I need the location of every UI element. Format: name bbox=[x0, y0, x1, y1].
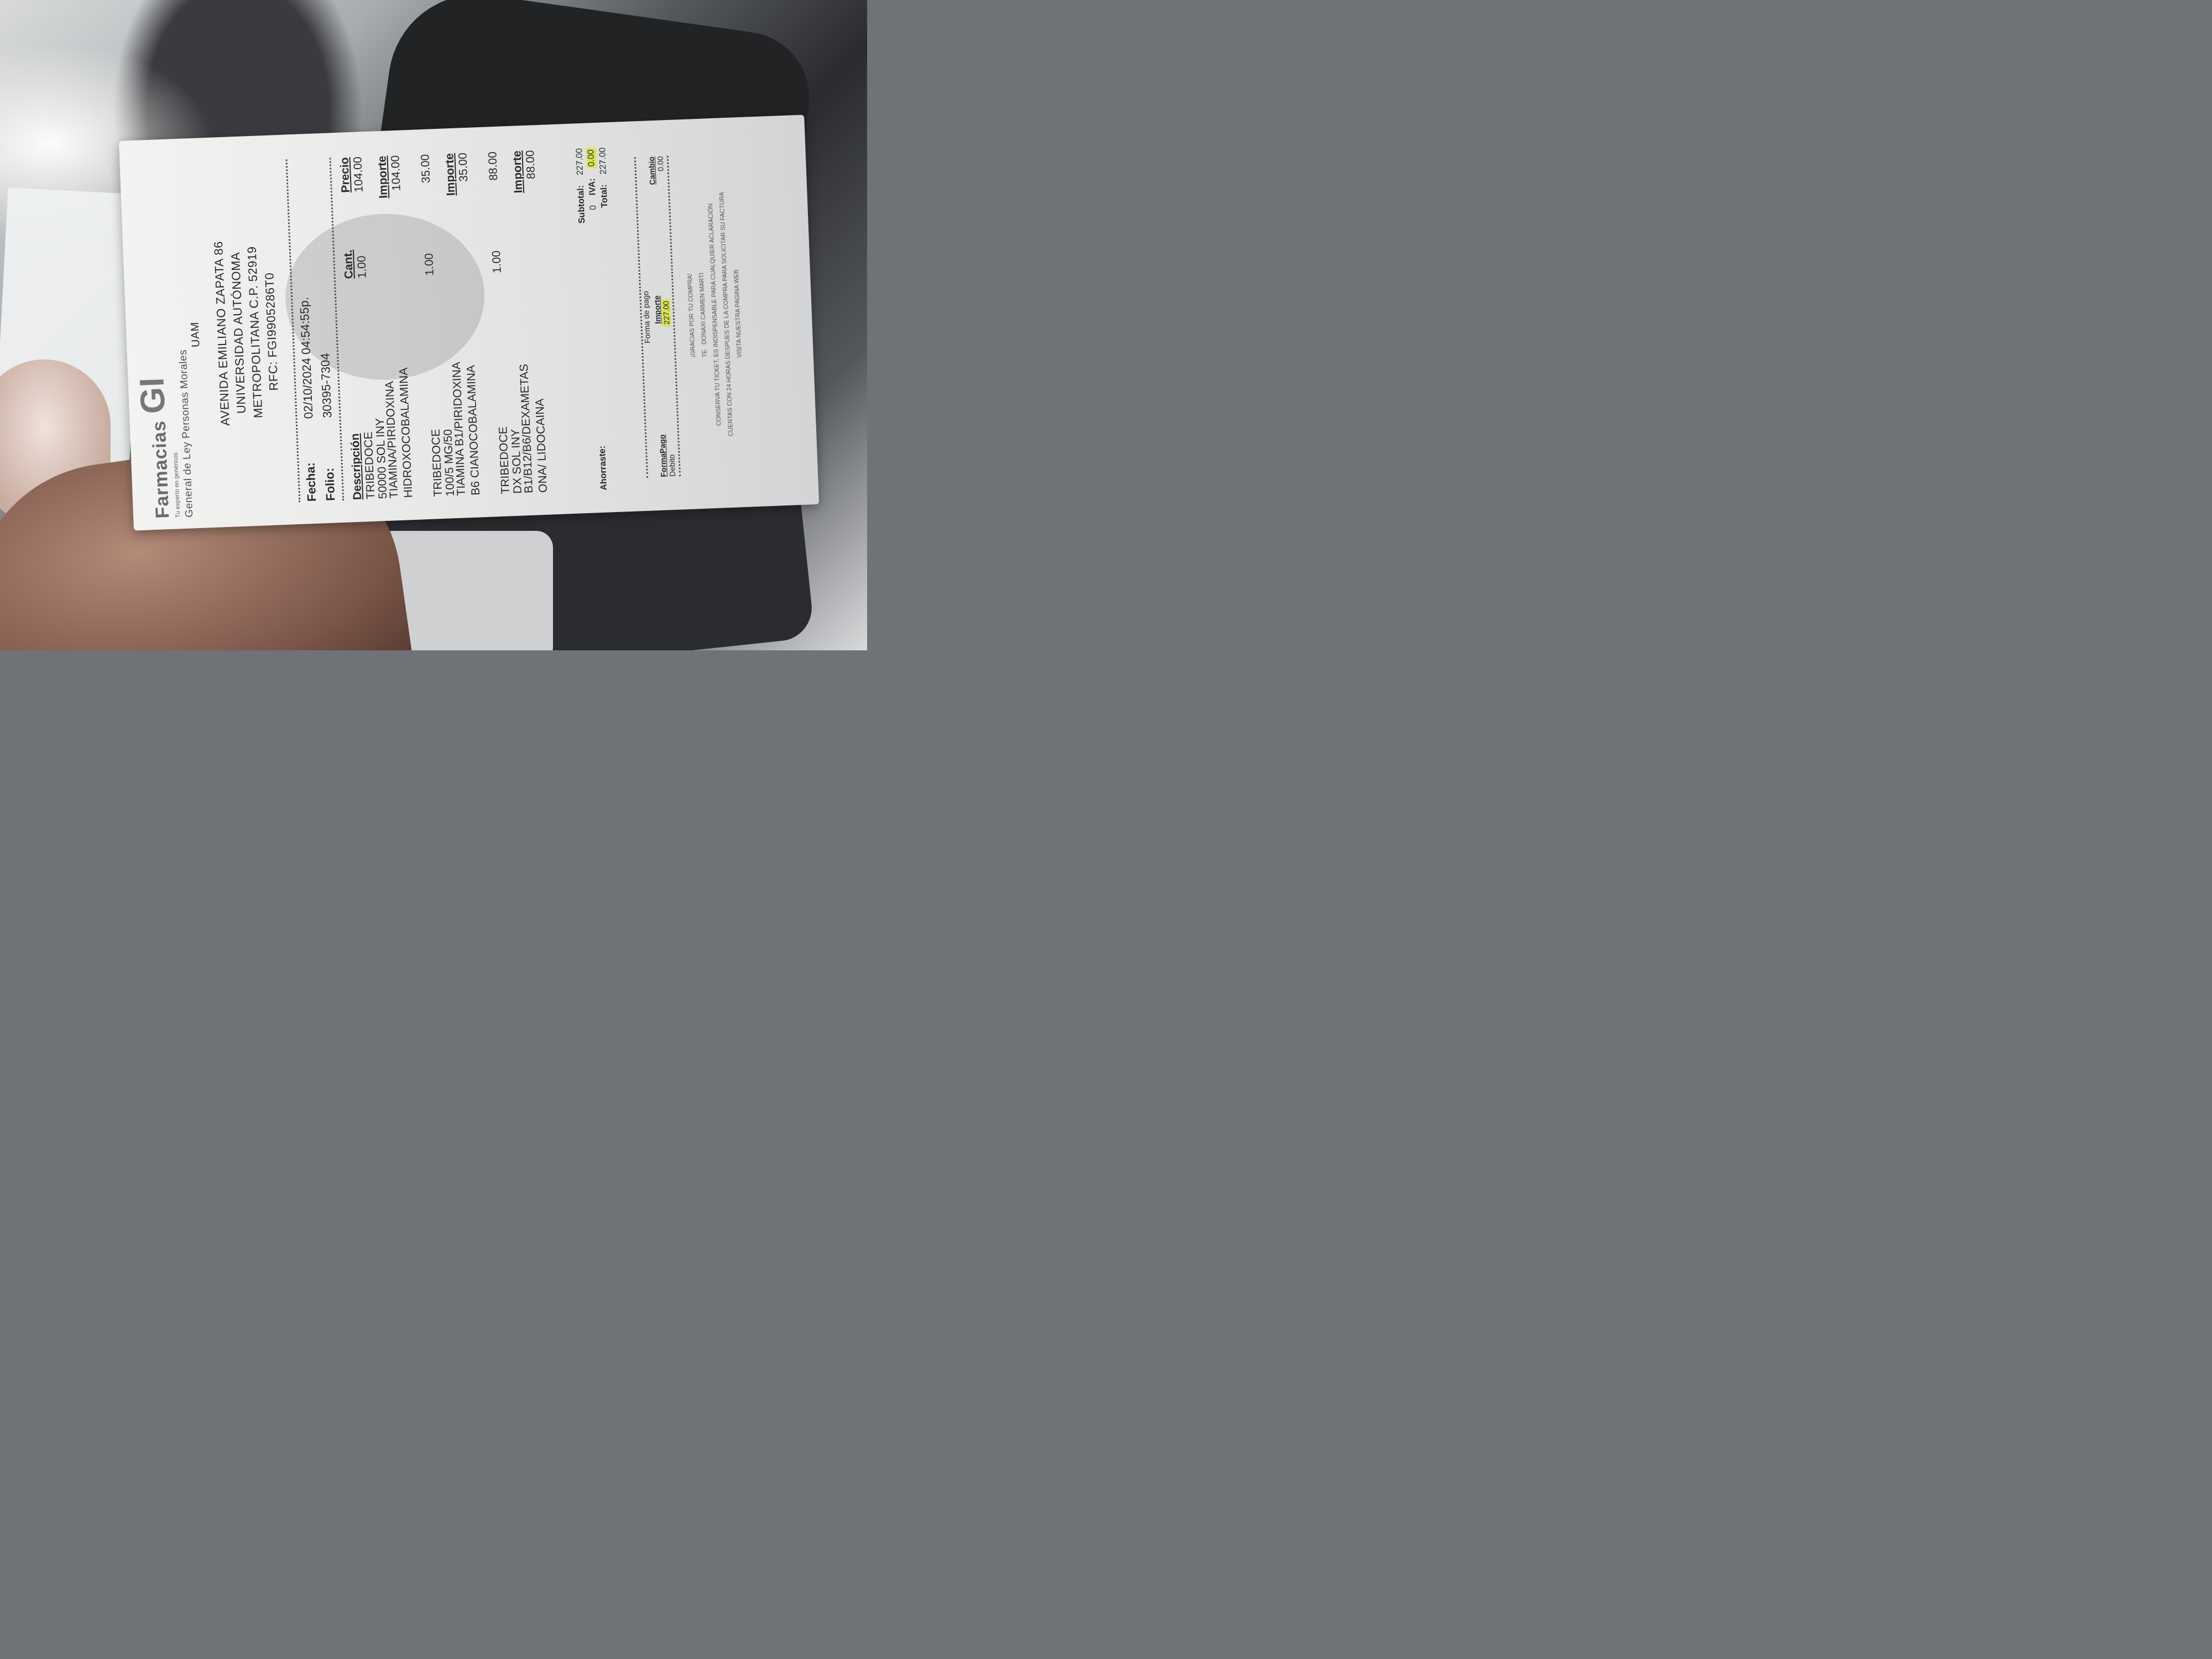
item-price: 88.00 bbox=[486, 152, 502, 207]
iva-label: IVA: bbox=[587, 178, 598, 195]
receipt: Farmacias GI Tu experto en genéricos Gen… bbox=[119, 114, 819, 530]
subtotal-value: 227.00 bbox=[575, 148, 586, 176]
ahorraste-value: 0 bbox=[588, 205, 598, 211]
ahorraste-label: Ahorraste: bbox=[598, 446, 609, 491]
line-item: TRIBEDOCE1.0088.00 DX SOL INY B1/B12/B6/… bbox=[486, 150, 550, 494]
item-price: 104.00 bbox=[351, 156, 367, 212]
items-table: Descripción Cant. Precio TRIBEDOCE1.0010… bbox=[338, 149, 567, 500]
item-qty: 1.00 bbox=[353, 212, 369, 279]
cashier-prefix: TE bbox=[701, 349, 708, 358]
importe-label: Importe bbox=[443, 153, 458, 196]
ticket-meta: Fecha:02/10/2024 04:54:55p. Folio:30395-… bbox=[286, 158, 345, 502]
item-importe: 88.00 bbox=[524, 150, 539, 206]
folio-value: 30395-7304 bbox=[318, 353, 335, 418]
importe-label: Importe bbox=[510, 150, 525, 194]
fecha-label: Fecha: bbox=[302, 441, 319, 502]
item-qty: 1.00 bbox=[421, 209, 437, 276]
subtotal-label: Subtotal: bbox=[576, 185, 588, 224]
fecha-value: 02/10/2024 04:54:55p. bbox=[297, 297, 316, 419]
cashier-name: DONAXI CARMEN MARTI bbox=[698, 273, 708, 345]
payment-block: Forma de pago FormaPagoImporteCambio Deb… bbox=[634, 156, 681, 478]
store-address: UAM AVENIDA EMILIANO ZAPATA 86 UNIVERSID… bbox=[181, 160, 287, 506]
col-forma-pago: FormaPago bbox=[658, 434, 668, 477]
item-importe: 104.00 bbox=[389, 155, 404, 211]
line-item: TRIBEDOCE1.0035.00 100/5 MG/50 TIAMINA B… bbox=[419, 153, 483, 497]
total-label: Total: bbox=[599, 184, 611, 208]
col-cambio: Cambio bbox=[647, 156, 657, 185]
payment-change: 0.00 bbox=[656, 156, 665, 171]
iva-value-highlighted: 0.00 bbox=[586, 148, 597, 169]
item-importe: 35.00 bbox=[456, 153, 472, 208]
totals-block: Subtotal:227.00 Ahorraste: 0IVA:0.00 Tot… bbox=[573, 147, 623, 491]
receipt-footer: ¡GRACIAS POR TU COMPRA! TE DONAXI CARMEN… bbox=[679, 153, 752, 476]
payment-amount-highlighted: 227.00 bbox=[661, 299, 671, 326]
brand-logo-mark: GI bbox=[133, 377, 172, 415]
receipt-content: Farmacias GI Tu experto en genéricos Gen… bbox=[119, 114, 819, 530]
col-importe: Importe bbox=[652, 295, 662, 324]
payment-method: Debito bbox=[667, 454, 677, 477]
item-qty: 1.00 bbox=[488, 207, 504, 274]
item-price: 35.00 bbox=[419, 154, 434, 210]
importe-label: Importe bbox=[375, 155, 390, 199]
brand-name: Farmacias bbox=[148, 420, 173, 519]
folio-label: Folio: bbox=[321, 440, 338, 501]
total-value: 227.00 bbox=[598, 147, 609, 175]
